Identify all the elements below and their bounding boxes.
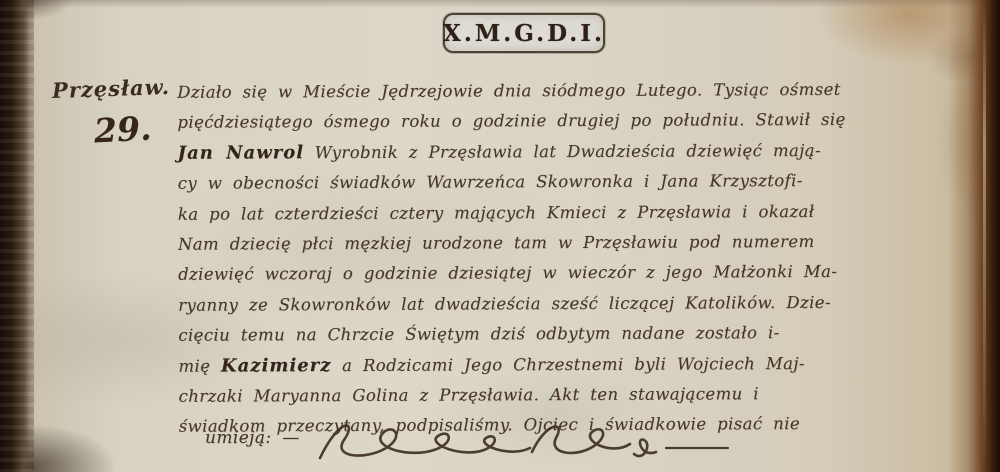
line-text: pięćdziesiątego ósmego roku o godzinie d… [177,110,845,132]
line-text: ryanny ze Skowronków lat dwadzieścia sze… [178,293,831,315]
handwritten-line: Jan Nawrol Wyrobnik z Przęsławia lat Dwa… [177,135,977,169]
line-text: mię [178,356,221,375]
emphasized-name: Kazimierz [221,355,332,376]
handwritten-line: dziewięć wczoraj o godzinie dziesiątej w… [178,257,978,291]
handwritten-body: Działo się w Mieście Jędrzejowie dnia si… [177,74,979,442]
line-text: ka po lat czterdzieści cztery mających K… [178,202,815,224]
handwritten-line: pięćdziesiątego ósmego roku o godzinie d… [177,105,977,139]
handwritten-line: ka po lat czterdzieści cztery mających K… [178,196,978,230]
closing-row: umieją: — [205,428,734,472]
signature-flourish [314,414,734,472]
handwritten-line: chrzaki Maryanna Golina z Przęsławia. Ak… [179,378,979,412]
line-text: Nam dziecię płci męzkiej urodzone tam w … [178,232,815,254]
line-text: Działo się w Mieście Jędrzejowie dnia si… [177,80,841,102]
margin-entry-number: 29. [93,109,152,151]
line-text: dziewięć wczoraj o godzinie dziesiątej w… [178,262,837,284]
header-stamp-text: X.M.G.D.I. [443,20,605,47]
torn-page-edge [948,0,1000,472]
scanned-register-page: X.M.G.D.I. Przęsław. 29. Działo się w Mi… [0,0,1000,472]
handwritten-line: cy w obecności świadków Wawrzeńca Skowro… [178,165,978,199]
handwritten-line: Nam dziecię płci męzkiej urodzone tam w … [178,226,978,260]
page-edge-highlight [983,0,986,472]
closing-word: umieją: — [205,428,300,448]
emphasized-name: Jan Nawrol [177,142,304,164]
line-text: cy w obecności świadków Wawrzeńca Skowro… [178,171,803,193]
handwritten-line: ryanny ze Skowronków lat dwadzieścia sze… [178,287,978,321]
handwritten-line: Działo się w Mieście Jędrzejowie dnia si… [177,74,977,108]
handwritten-line: cięciu temu na Chrzcie Świętym dziś odby… [178,318,978,352]
line-text: a Rodzicami Jego Chrzestnemi byli Wojcie… [331,354,805,375]
header-stamp-box: X.M.G.D.I. [443,13,605,53]
handwritten-line: mię Kazimierz a Rodzicami Jego Chrzestne… [178,348,978,382]
line-text: cięciu temu na Chrzcie Świętym dziś odby… [178,323,779,345]
line-text: chrzaki Maryanna Golina z Przęsławia. Ak… [179,384,759,406]
line-text: Wyrobnik z Przęsławia lat Dwadzieścia dz… [304,141,821,162]
margin-place-name: Przęsław. [52,74,171,103]
book-binding-shadow [0,0,34,472]
